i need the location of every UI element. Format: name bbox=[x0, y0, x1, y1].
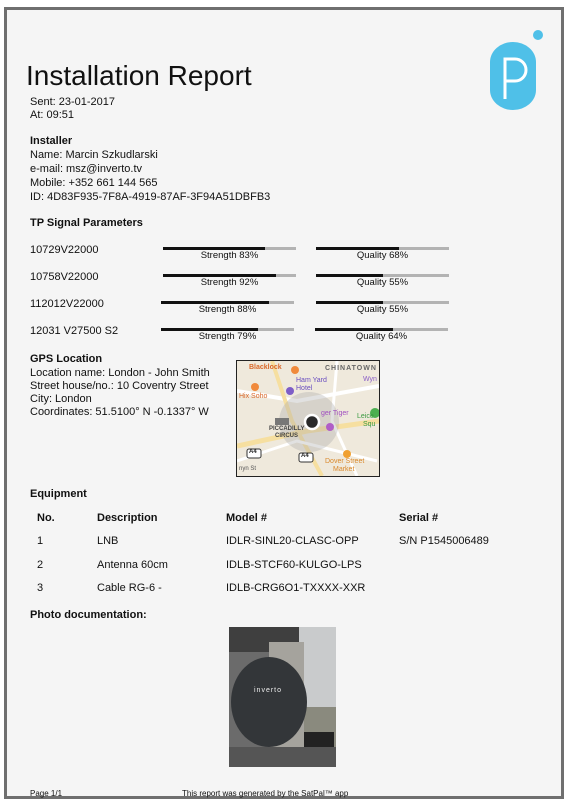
photo-heading: Photo documentation: bbox=[30, 609, 147, 622]
map-label: PICCADILLY bbox=[269, 426, 304, 432]
installation-photo: inverto bbox=[229, 627, 336, 767]
map-label: CIRCUS bbox=[275, 433, 298, 439]
table-cell: IDLR-SINL20-CLASC-OPP bbox=[226, 535, 359, 547]
dish-brand-label: inverto bbox=[254, 687, 282, 694]
column-header: Serial # bbox=[399, 512, 438, 524]
page-title: Installation Report bbox=[26, 60, 252, 92]
strength-label: Strength 92% bbox=[163, 277, 296, 288]
table-cell: IDLB-CRG6O1-TXXXX-XXR bbox=[226, 582, 365, 594]
sent-date: Sent: 23-01-2017 bbox=[30, 96, 115, 109]
map-label: Ham Yard bbox=[296, 377, 327, 384]
gps-coordinates: Coordinates: 51.5100° N -0.1337° W bbox=[30, 406, 209, 419]
quality-label: Quality 55% bbox=[316, 304, 449, 315]
installer-id: ID: 4D83F935-7F8A-4919-87AF-3F94A51DBFB3 bbox=[30, 191, 270, 204]
map-label: Leice bbox=[357, 413, 374, 420]
transponder-label: 12031 V27500 S2 bbox=[30, 325, 118, 338]
table-cell: 3 bbox=[37, 582, 43, 594]
map-label: Blacklock bbox=[249, 364, 282, 371]
sent-time: At: 09:51 bbox=[30, 109, 74, 122]
map-label: Wyn bbox=[363, 376, 377, 383]
table-cell: 1 bbox=[37, 535, 43, 547]
table-cell: IDLB-STCF60-KULGO-LPS bbox=[226, 559, 362, 571]
map-label: nyn St bbox=[239, 466, 256, 472]
gps-city: City: London bbox=[30, 393, 92, 406]
map-label: CHINATOWN bbox=[325, 365, 377, 372]
gps-heading: GPS Location bbox=[30, 353, 102, 366]
transponder-label: 10758V22000 bbox=[30, 271, 99, 284]
installer-heading: Installer bbox=[30, 135, 72, 148]
signal-heading: TP Signal Parameters bbox=[30, 217, 143, 230]
column-header: Model # bbox=[226, 512, 267, 524]
map-road-badge: A4 bbox=[249, 449, 257, 455]
map-label: Market bbox=[333, 466, 354, 473]
installer-mobile: Mobile: +352 661 144 565 bbox=[30, 177, 158, 190]
map-road-badge: A4 bbox=[301, 453, 309, 459]
transponder-label: 112012V22000 bbox=[30, 298, 104, 311]
table-cell: S/N P1545006489 bbox=[399, 535, 489, 547]
table-cell: Cable RG-6 - bbox=[97, 582, 162, 594]
table-cell: 2 bbox=[37, 559, 43, 571]
quality-label: Quality 64% bbox=[315, 331, 448, 342]
quality-label: Quality 68% bbox=[316, 250, 449, 261]
column-header: No. bbox=[37, 512, 55, 524]
map-label: ger Tiger bbox=[321, 410, 349, 417]
column-header: Description bbox=[97, 512, 158, 524]
satpal-logo-icon bbox=[486, 29, 546, 118]
table-cell: LNB bbox=[97, 535, 118, 547]
page-number: Page 1/1 bbox=[30, 789, 62, 798]
strength-label: Strength 83% bbox=[163, 250, 296, 261]
map-label: Hix Soho bbox=[239, 393, 267, 400]
installer-name: Name: Marcin Szkudlarski bbox=[30, 149, 158, 162]
table-cell: Antenna 60cm bbox=[97, 559, 168, 571]
generated-by-note: This report was generated by the SatPal™… bbox=[182, 789, 348, 798]
equipment-heading: Equipment bbox=[30, 488, 87, 501]
installer-email: e-mail: msz@inverto.tv bbox=[30, 163, 142, 176]
strength-label: Strength 88% bbox=[161, 304, 294, 315]
map-label: Hotel bbox=[296, 385, 312, 392]
map-label: Dover Street bbox=[325, 458, 364, 465]
gps-street: Street house/no.: 10 Coventry Street bbox=[30, 380, 209, 393]
gps-location-name: Location name: London - John Smith bbox=[30, 367, 210, 380]
map-label: Squ bbox=[363, 421, 375, 428]
strength-label: Strength 79% bbox=[161, 331, 294, 342]
location-map: Blacklock CHINATOWN Wyn Ham Yard Hotel H… bbox=[236, 360, 380, 477]
transponder-label: 10729V22000 bbox=[30, 244, 99, 257]
quality-label: Quality 55% bbox=[316, 277, 449, 288]
